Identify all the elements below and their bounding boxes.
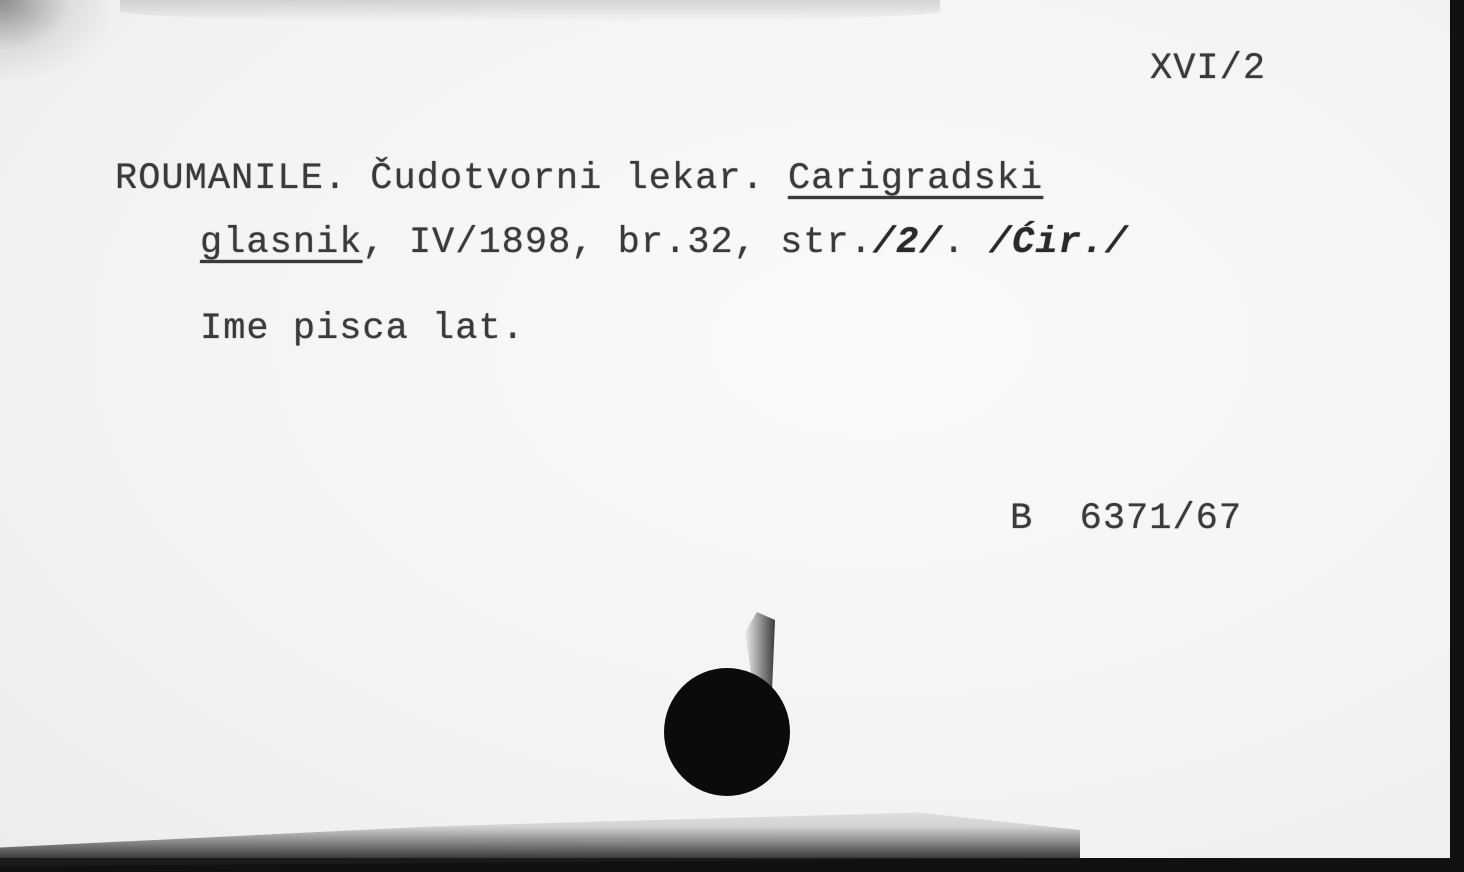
scan-border [0,858,1464,872]
scan-shadow [120,0,940,22]
catalog-card: XVI/2 ROUMANILE. Čudotvorni lekar. Carig… [0,0,1452,858]
punch-hole [664,668,790,796]
inventory-prefix: B [1010,498,1033,540]
call-number: XVI/2 [1150,48,1266,90]
issue-info: , IV/1898, br.32, str. [362,222,872,264]
scan-border [1450,0,1464,872]
page-number: /2/ [873,222,943,264]
work-title: Čudotvorni lekar. [370,158,764,200]
author-note: Ime pisca lat. [200,308,525,350]
separator: . [943,222,989,264]
inventory-number: B 6371/67 [1010,498,1242,540]
journal-title-part-1: Carigradski [788,158,1043,200]
entry-line-1: ROUMANILE. Čudotvorni lekar. Carigradski [115,158,1043,200]
scan-shadow [0,0,110,80]
scan-shadow [0,788,1080,858]
entry-line-2: glasnik, IV/1898, br.32, str./2/. /Ćir./ [200,222,1128,264]
journal-title-part-2: glasnik [200,222,362,264]
author-name: ROUMANILE. [115,158,347,200]
script-note: /Ćir./ [989,222,1128,264]
inventory-value: 6371/67 [1080,498,1242,540]
